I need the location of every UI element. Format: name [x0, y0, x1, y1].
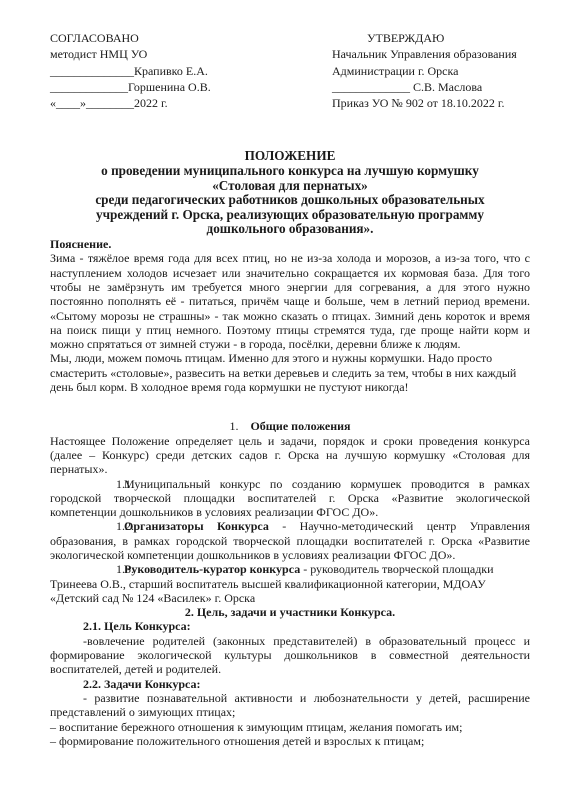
- title-line: среди педагогических работников дошкольн…: [50, 193, 530, 208]
- explanation-paragraph-1: Зима - тяжёлое время года для всех птиц,…: [50, 251, 530, 351]
- clause-1-3-text: - руководитель творческой площадки: [300, 562, 493, 576]
- approved-block: УТВЕРЖДАЮ Начальник Управления образован…: [332, 30, 530, 111]
- clause-1-2-number: 1.2.: [83, 519, 124, 533]
- clause-1-2: 1.2.Организаторы Конкурса - Научно-метод…: [50, 519, 530, 562]
- approved-position-1: Начальник Управления образования: [332, 46, 530, 62]
- clause-1-1-number: 1.1.: [83, 477, 124, 491]
- approved-signature: _____________ С.В. Маслова: [332, 79, 530, 95]
- explanation-heading: Пояснение.: [50, 237, 530, 251]
- title-line: «Столовая для пернатых»: [50, 179, 530, 194]
- agreed-label: СОГЛАСОВАНО: [50, 30, 300, 46]
- task-item-1: - развитие познавательной активности и л…: [50, 691, 530, 720]
- agreed-signature-1: ______________Крапивко Е.А.: [50, 63, 300, 79]
- document-title: ПОЛОЖЕНИЕ о проведении муниципального ко…: [50, 149, 530, 237]
- agreed-signature-2: _____________Горшенина О.В.: [50, 79, 300, 95]
- title-line: о проведении муниципального конкурса на …: [50, 164, 530, 179]
- section-1-title: Общие положения: [250, 419, 350, 433]
- goal-text: -вовлечение родителей (законных представ…: [50, 634, 530, 677]
- approved-position-2: Администрации г. Орска: [332, 63, 530, 79]
- approved-order-line: Приказ УО № 902 от 18.10.2022 г.: [332, 95, 530, 111]
- explanation-paragraph-2: Мы, люди, можем помочь птицам. Именно дл…: [50, 351, 530, 394]
- section-1-heading: 1.Общие положения: [50, 419, 530, 433]
- title-line: учреждений г. Орска, реализующих образов…: [50, 208, 530, 223]
- approved-label: УТВЕРЖДАЮ: [367, 30, 530, 46]
- clause-1-3-term: Руководитель-куратор конкурса: [124, 562, 300, 576]
- section-2-heading: 2. Цель, задачи и участники Конкурса.: [50, 605, 530, 619]
- agreed-position: методист НМЦ УО: [50, 46, 300, 62]
- section-1-intro: Настоящее Положение определяет цель и за…: [50, 434, 530, 477]
- clause-1-2-term: Организаторы Конкурса: [124, 519, 269, 533]
- section-1-number: 1.: [229, 419, 238, 433]
- tasks-heading: 2.2. Задачи Конкурса:: [50, 677, 530, 691]
- clause-1-3: 1.3.Руководитель-куратор конкурса - руко…: [50, 562, 530, 605]
- clause-1-3-continuation: Тринеева О.В., старший воспитатель высше…: [50, 577, 486, 605]
- task-item-2: – воспитание бережного отношения к зимую…: [50, 720, 530, 734]
- title-line: ПОЛОЖЕНИЕ: [50, 149, 530, 164]
- clause-1-3-number: 1.3.: [83, 562, 124, 576]
- title-line: дошкольного образования».: [50, 222, 530, 237]
- agreed-date-line: «____»________2022 г.: [50, 95, 300, 111]
- task-item-3: – формирование положительного отношения …: [50, 734, 530, 748]
- document-page: СОГЛАСОВАНО методист НМЦ УО ____________…: [0, 0, 566, 800]
- goal-heading: 2.1. Цель Конкурса:: [50, 619, 530, 633]
- agreed-block: СОГЛАСОВАНО методист НМЦ УО ____________…: [50, 30, 300, 111]
- clause-1-1: 1.1.Муниципальный конкурс по созданию ко…: [50, 477, 530, 520]
- approvals-block: СОГЛАСОВАНО методист НМЦ УО ____________…: [50, 30, 530, 111]
